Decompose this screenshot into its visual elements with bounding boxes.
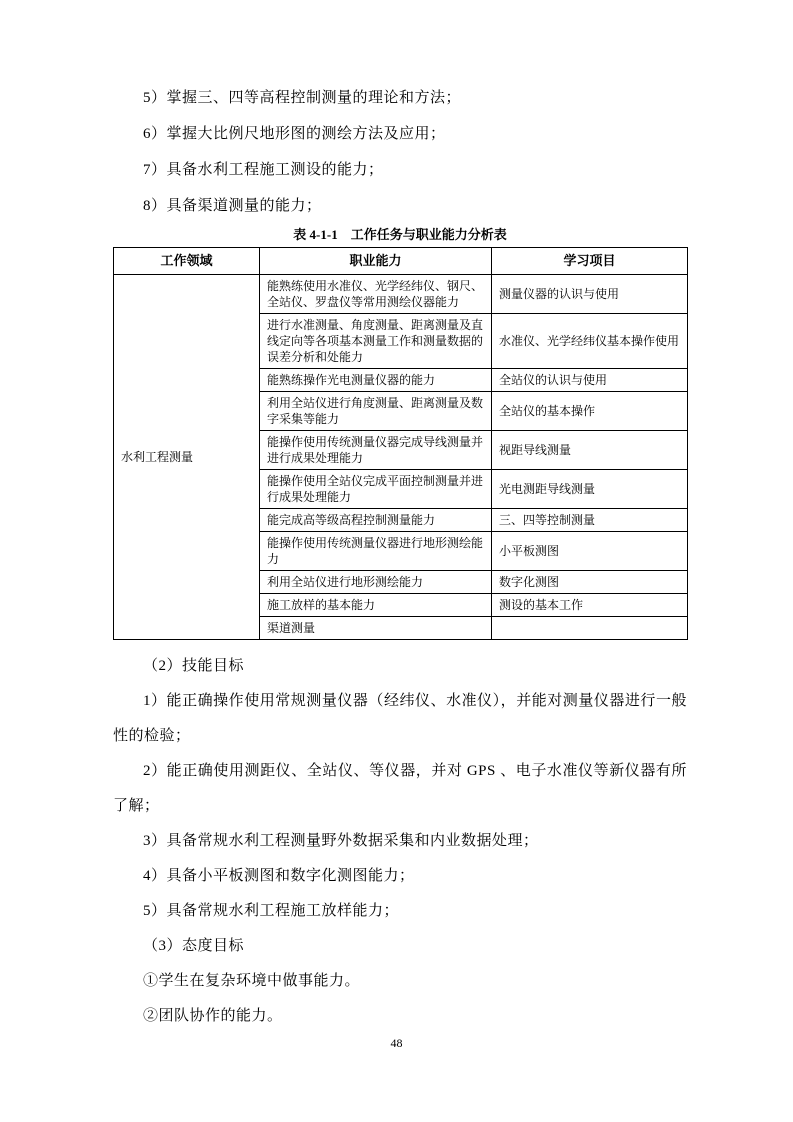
ability-cell: 能操作使用全站仪完成平面控制测量并进行成果处理能力 — [260, 470, 492, 509]
table-title: 表 4-1-1 工作任务与职业能力分析表 — [113, 226, 687, 244]
table-header: 工作领域 职业能力 学习项目 — [114, 248, 688, 275]
ability-cell: 能熟练使用水准仪、光学经纬仪、钢尺、全站仪、罗盘仪等常用测绘仪器能力 — [260, 275, 492, 314]
project-cell — [492, 617, 688, 640]
header-vocational-ability: 职业能力 — [260, 248, 492, 275]
ability-cell: 施工放样的基本能力 — [260, 594, 492, 617]
project-cell: 数字化测图 — [492, 571, 688, 594]
intro-item-5: 5）掌握三、四等高程控制测量的理论和方法； — [113, 80, 687, 116]
intro-list: 5）掌握三、四等高程控制测量的理论和方法； 6）掌握大比例尺地形图的测绘方法及应… — [113, 80, 687, 224]
ability-cell: 利用全站仪进行地形测绘能力 — [260, 571, 492, 594]
table-header-row: 工作领域 职业能力 学习项目 — [114, 248, 688, 275]
body-paragraphs: （2）技能目标 1）能正确操作使用常规测量仪器（经纬仪、水准仪），并能对测量仪器… — [113, 649, 687, 1034]
project-cell: 测设的基本工作 — [492, 594, 688, 617]
project-cell: 全站仪的认识与使用 — [492, 369, 688, 392]
table-row: 水利工程测量 能熟练使用水准仪、光学经纬仪、钢尺、全站仪、罗盘仪等常用测绘仪器能… — [114, 275, 688, 314]
project-cell: 小平板测图 — [492, 532, 688, 571]
skill-goal-heading: （2）技能目标 — [113, 649, 687, 684]
ability-cell: 渠道测量 — [260, 617, 492, 640]
skill-goal-item-2: 2）能正确使用测距仪、全站仪、等仪器，并对 GPS 、电子水准仪等新仪器有所了解… — [113, 754, 687, 824]
skill-goal-item-3: 3）具备常规水利工程测量野外数据采集和内业数据处理； — [113, 824, 687, 859]
attitude-goal-item-1: ①学生在复杂环境中做事能力。 — [113, 964, 687, 999]
project-cell: 光电测距导线测量 — [492, 470, 688, 509]
ability-cell: 利用全站仪进行角度测量、距离测量及数字采集等能力 — [260, 392, 492, 431]
header-learning-project: 学习项目 — [492, 248, 688, 275]
task-ability-analysis-table: 工作领域 职业能力 学习项目 水利工程测量 能熟练使用水准仪、光学经纬仪、钢尺、… — [113, 247, 688, 640]
ability-cell: 能操作使用传统测量仪器完成导线测量并进行成果处理能力 — [260, 431, 492, 470]
ability-cell: 能操作使用传统测量仪器进行地形测绘能力 — [260, 532, 492, 571]
intro-item-7: 7）具备水利工程施工测设的能力； — [113, 152, 687, 188]
page-number: 48 — [0, 1036, 793, 1051]
header-work-domain: 工作领域 — [114, 248, 260, 275]
ability-cell: 能熟练操作光电测量仪器的能力 — [260, 369, 492, 392]
skill-goal-item-5: 5）具备常规水利工程施工放样能力； — [113, 894, 687, 929]
project-cell: 水准仪、光学经纬仪基本操作使用 — [492, 314, 688, 369]
attitude-goal-heading: （3）态度目标 — [113, 929, 687, 964]
ability-cell: 进行水准测量、角度测量、距离测量及直线定向等各项基本测量工作和测量数据的误差分析… — [260, 314, 492, 369]
intro-item-8: 8）具备渠道测量的能力； — [113, 188, 687, 224]
attitude-goal-item-2: ②团队协作的能力。 — [113, 999, 687, 1034]
project-cell: 测量仪器的认识与使用 — [492, 275, 688, 314]
skill-goal-item-4: 4）具备小平板测图和数字化测图能力； — [113, 859, 687, 894]
project-cell: 视距导线测量 — [492, 431, 688, 470]
table-body: 水利工程测量 能熟练使用水准仪、光学经纬仪、钢尺、全站仪、罗盘仪等常用测绘仪器能… — [114, 275, 688, 640]
document-page: 5）掌握三、四等高程控制测量的理论和方法； 6）掌握大比例尺地形图的测绘方法及应… — [0, 0, 793, 1122]
intro-item-6: 6）掌握大比例尺地形图的测绘方法及应用； — [113, 116, 687, 152]
page-content: 5）掌握三、四等高程控制测量的理论和方法； 6）掌握大比例尺地形图的测绘方法及应… — [113, 80, 687, 1034]
project-cell: 全站仪的基本操作 — [492, 392, 688, 431]
ability-cell: 能完成高等级高程控制测量能力 — [260, 509, 492, 532]
work-domain-cell: 水利工程测量 — [114, 275, 260, 640]
project-cell: 三、四等控制测量 — [492, 509, 688, 532]
skill-goal-item-1: 1）能正确操作使用常规测量仪器（经纬仪、水准仪），并能对测量仪器进行一般性的检验… — [113, 684, 687, 754]
